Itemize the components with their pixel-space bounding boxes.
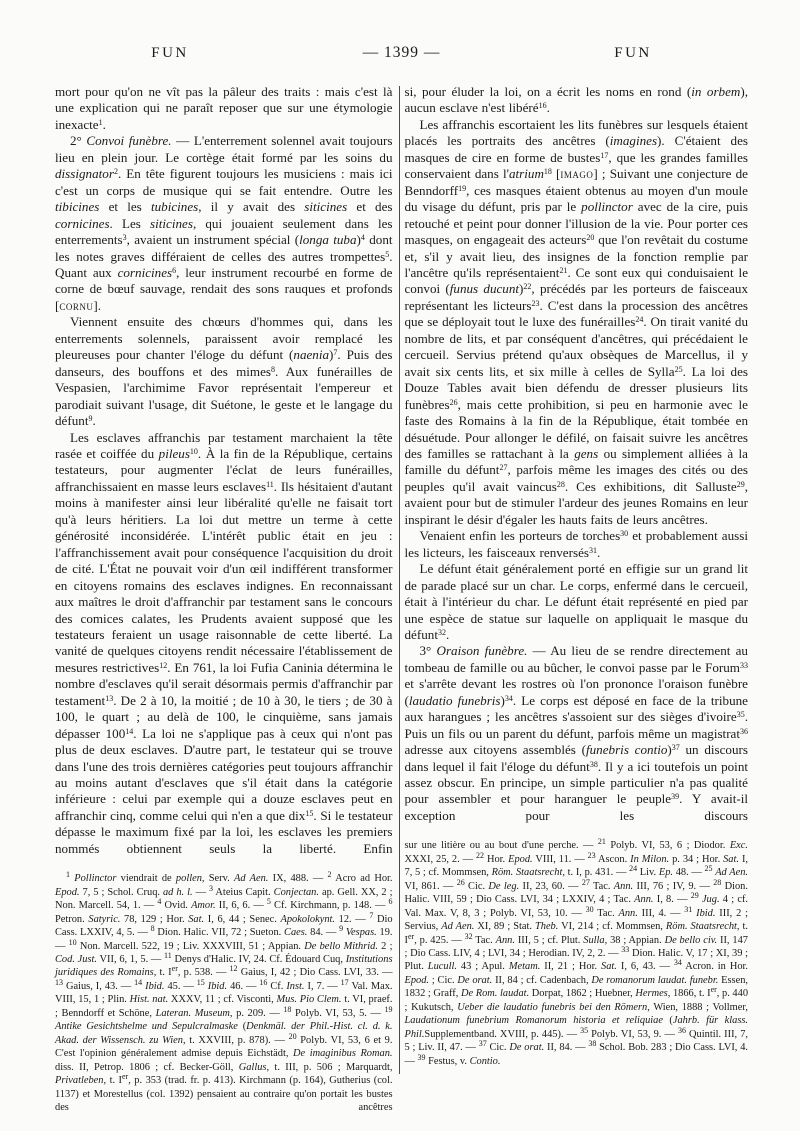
body-paragraph: Viennent ensuite des chœurs d'hommes qui…: [55, 314, 393, 429]
body-paragraph: si, pour éluder la loi, on a écrit les n…: [405, 84, 749, 117]
right-column: si, pour éluder la loi, on a écrit les n…: [405, 84, 749, 1114]
page-number: — 1399 —: [285, 44, 518, 62]
left-column: mort pour qu'on ne vît pas la pâleur des…: [55, 84, 393, 1114]
running-title-left: FUN: [55, 45, 285, 62]
body-paragraph: mort pour qu'on ne vît pas la pâleur des…: [55, 84, 393, 133]
dictionary-scan-page: FUN — 1399 — FUN mort pour qu'on ne vît …: [0, 0, 800, 1131]
body-paragraph: 2° Convoi funèbre. — L'enterrement solen…: [55, 133, 393, 314]
running-head: FUN — 1399 — FUN: [55, 44, 748, 62]
body-paragraph: Le défunt était généralement porté en ef…: [405, 561, 749, 643]
column-divider-rule: [399, 86, 400, 1074]
two-column-layout: mort pour qu'on ne vît pas la pâleur des…: [55, 84, 748, 1114]
body-paragraph: Venaient enfin les porteurs de torches30…: [405, 528, 749, 561]
body-paragraph: 3° Oraison funèbre. — Au lieu de se rend…: [405, 643, 749, 824]
body-paragraph: Les affranchis escortaient les lits funè…: [405, 117, 749, 528]
body-paragraph: Les esclaves affranchis par testament ma…: [55, 430, 393, 858]
footnotes-block-left: 1 Pollinctor viendrait de pollen, Serv. …: [55, 872, 393, 1114]
footnotes-block-right: sur une litière ou au bout d'une perche.…: [405, 839, 749, 1068]
running-title-right: FUN: [518, 45, 748, 62]
